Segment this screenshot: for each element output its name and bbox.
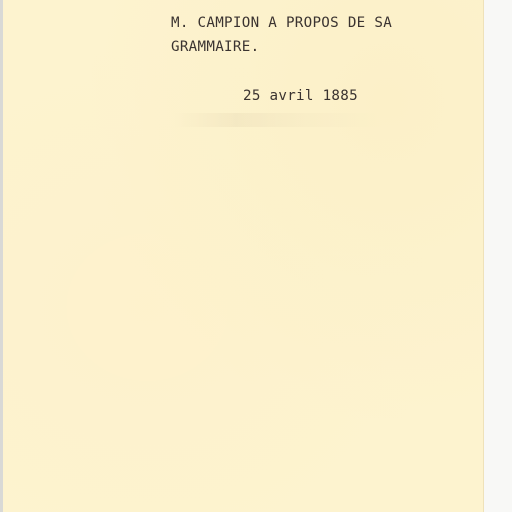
title-line-1: M. CAMPION A PROPOS DE SA: [171, 16, 392, 30]
ink-bleed-through: [173, 113, 383, 127]
document-date: 25 avril 1885: [243, 89, 358, 103]
title-line-2: GRAMMAIRE.: [171, 40, 259, 54]
scanned-document: M. CAMPION A PROPOS DE SA GRAMMAIRE. 25 …: [0, 0, 512, 512]
paper-page: [3, 0, 484, 512]
